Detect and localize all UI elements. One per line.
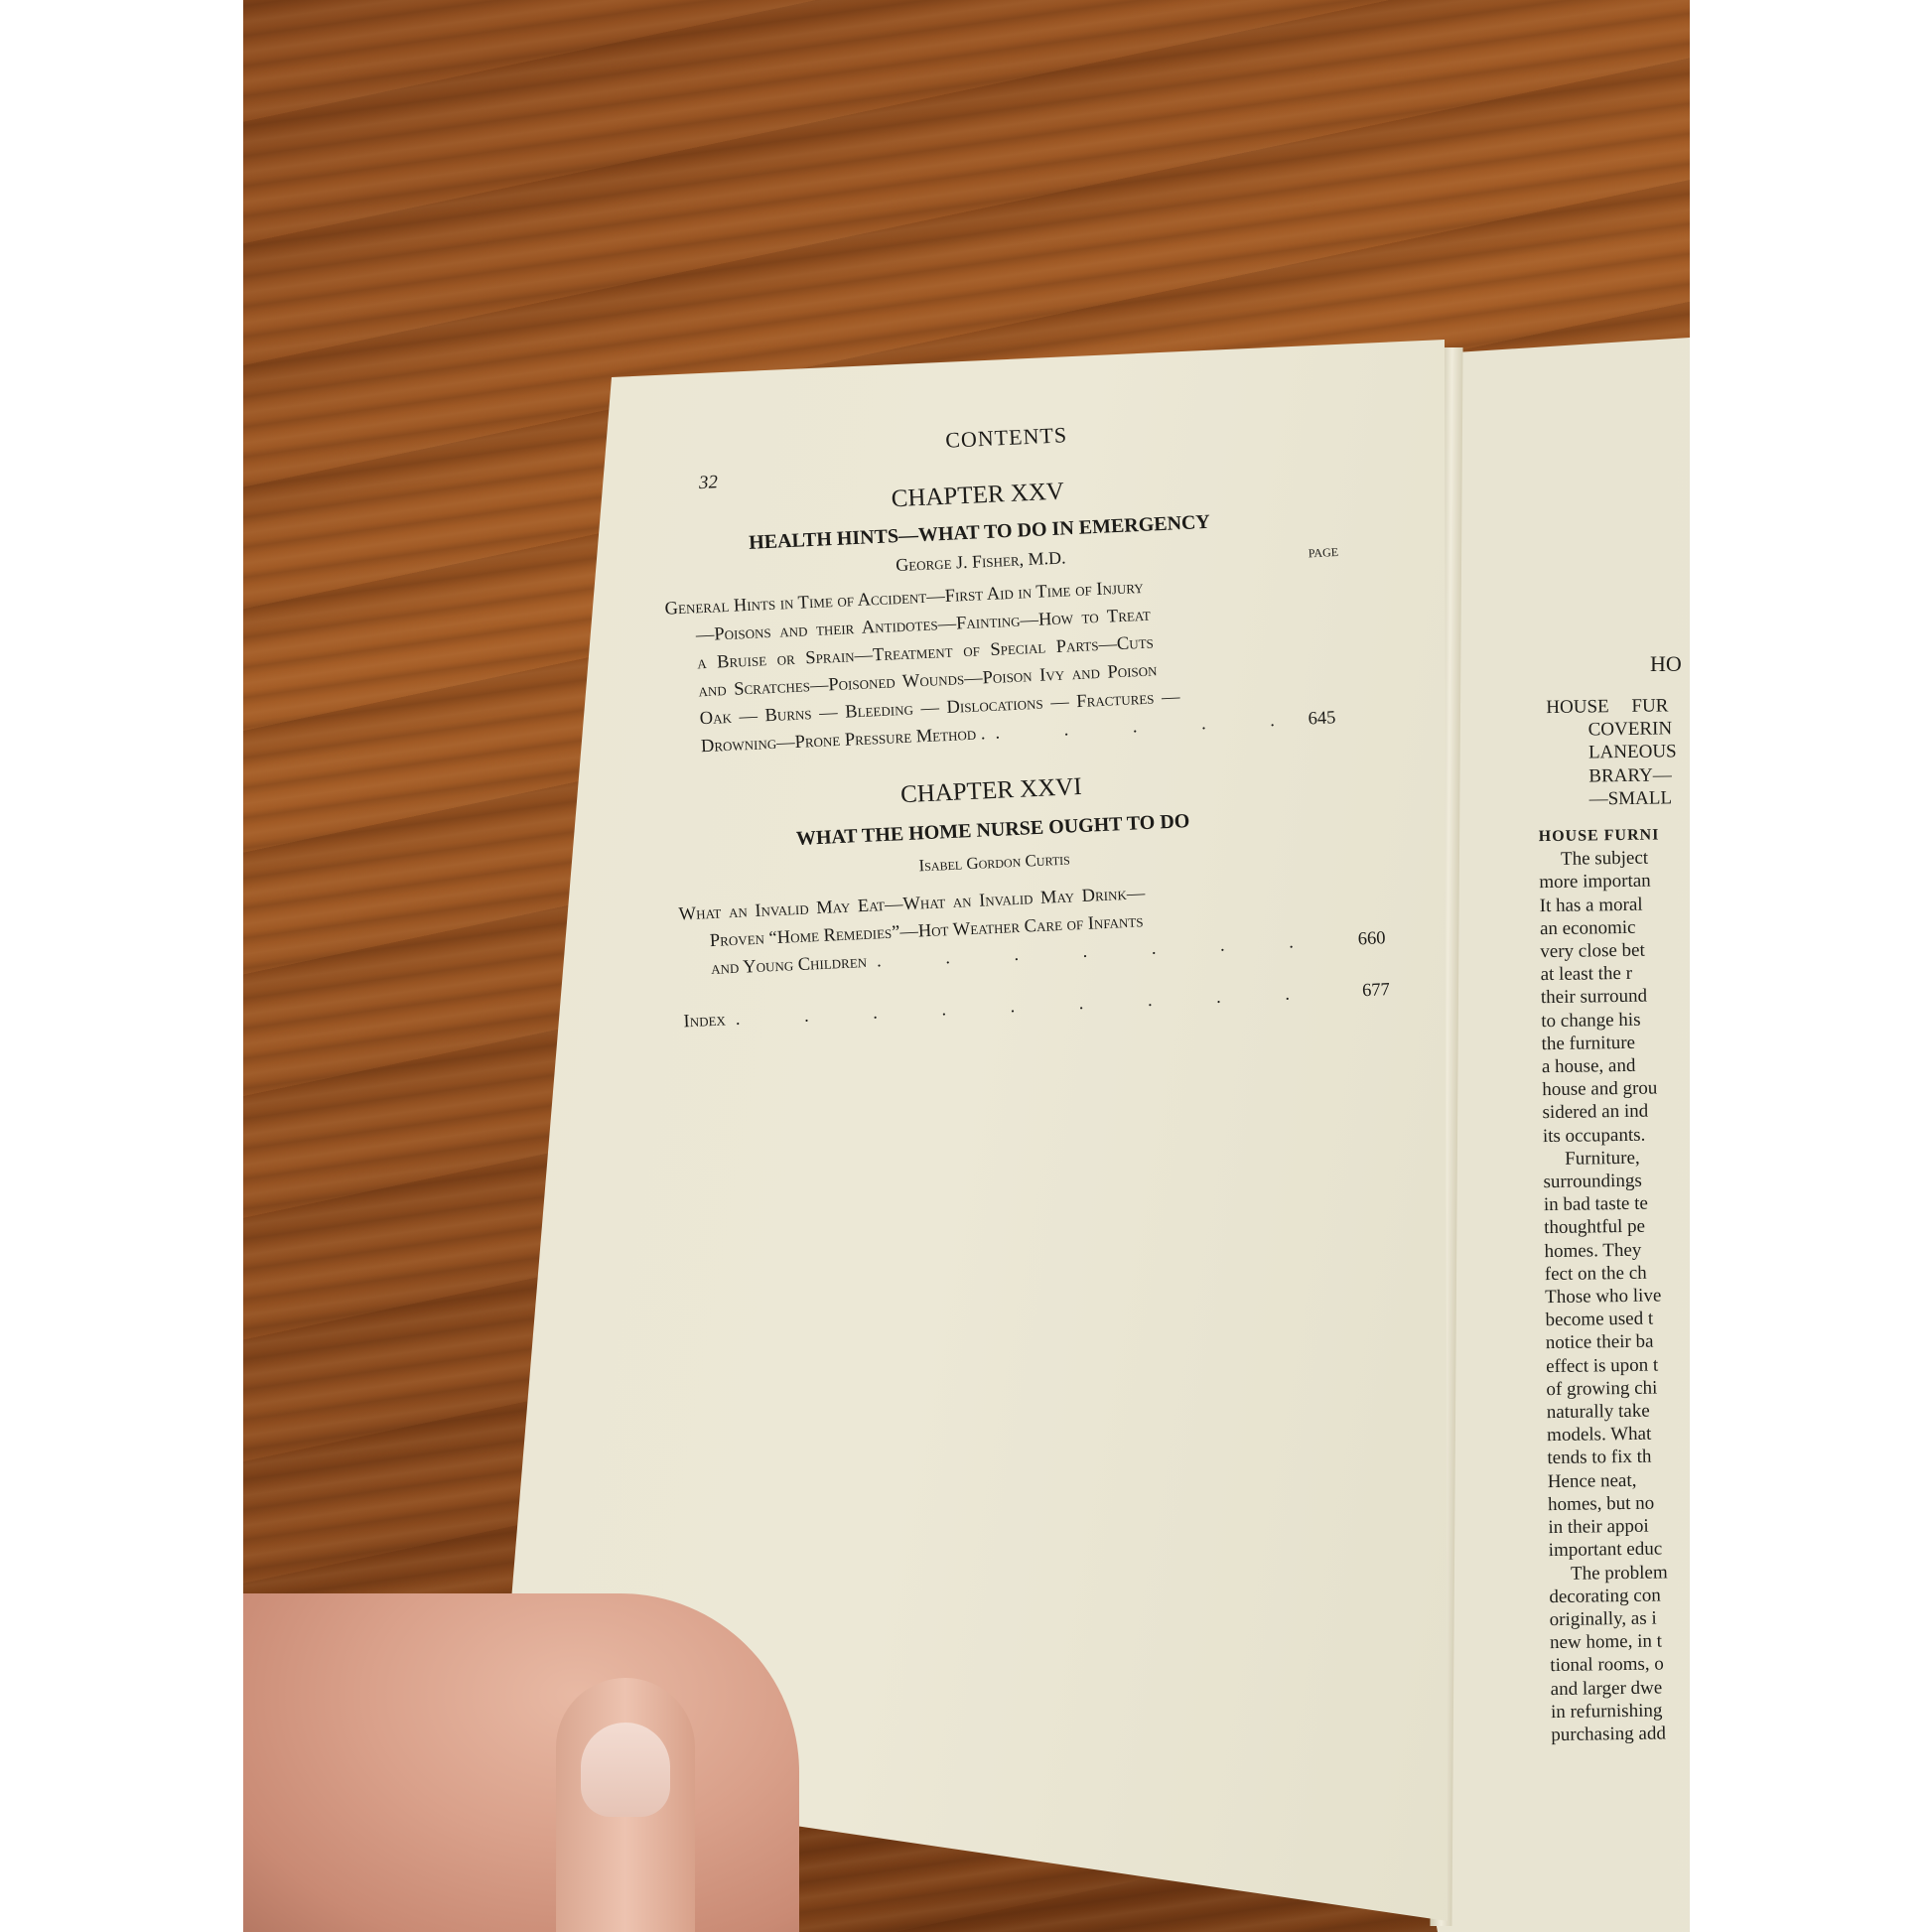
body-line: an economic — [1540, 915, 1699, 940]
body-line: in refurnishing — [1551, 1699, 1710, 1724]
summary-line: BRARY— — [1547, 762, 1706, 787]
right-running-head: HO — [1650, 651, 1682, 677]
body-line: in bad taste te — [1544, 1191, 1703, 1216]
section-heading: HOUSE FURNI — [1539, 823, 1698, 848]
index-label: Index — [683, 1010, 726, 1033]
toc-page-number: 660 — [1339, 928, 1386, 951]
body-line: tends to fix th — [1547, 1445, 1706, 1469]
body-line: originally, as i — [1550, 1606, 1709, 1631]
right-page-body: HOUSE FURNI The subject more importan It… — [1539, 823, 1711, 1746]
body-line: models. What — [1547, 1422, 1706, 1447]
index-page-number: 677 — [1344, 980, 1391, 1003]
body-line: notice their ba — [1546, 1329, 1705, 1354]
body-line: sidered an ind — [1542, 1099, 1701, 1124]
body-line: It has a moral — [1540, 893, 1699, 917]
body-line: homes, but no — [1548, 1491, 1707, 1516]
body-line: in their appoi — [1548, 1514, 1707, 1539]
body-line: effect is upon t — [1546, 1353, 1705, 1378]
body-line: tional rooms, o — [1550, 1652, 1709, 1677]
body-line: to change his — [1541, 1008, 1700, 1033]
summary-line: COVERIN — [1547, 717, 1706, 742]
body-line: purchasing add — [1551, 1722, 1710, 1746]
right-page-summary: HOUSE FUR COVERIN LANEOUS BRARY— —SMALL — [1546, 694, 1707, 811]
body-line: at least the r — [1540, 961, 1699, 986]
body-line: Hence neat, — [1548, 1468, 1707, 1493]
toc-page-number: 645 — [1290, 708, 1336, 731]
body-line: become used t — [1545, 1307, 1704, 1331]
page-number: 32 — [698, 472, 718, 494]
body-line: thoughtful pe — [1544, 1214, 1703, 1239]
body-line: Furniture, — [1543, 1146, 1702, 1171]
page-column-label: PAGE — [1308, 545, 1338, 561]
thumbnail — [581, 1723, 670, 1817]
body-line: fect on the ch — [1545, 1261, 1704, 1286]
body-line: surroundings — [1543, 1169, 1702, 1193]
body-line: decorating con — [1549, 1584, 1708, 1608]
body-line: more importan — [1539, 869, 1698, 894]
body-line: very close bet — [1540, 938, 1699, 963]
body-line: The problem — [1549, 1560, 1708, 1585]
body-line: homes. They — [1544, 1238, 1703, 1263]
summary-line: HOUSE FUR — [1546, 694, 1705, 719]
body-line: their surround — [1541, 984, 1700, 1009]
running-head: CONTENTS — [945, 422, 1068, 454]
body-line: house and grou — [1542, 1076, 1701, 1101]
summary-line: —SMALL — [1547, 786, 1706, 811]
body-line: and larger dwe — [1551, 1675, 1710, 1700]
body-line: of growing chi — [1546, 1376, 1705, 1401]
body-line: a house, and — [1542, 1053, 1701, 1078]
body-line: The subject — [1539, 846, 1698, 871]
summary-line: LANEOUS — [1547, 740, 1706, 764]
body-line: its occupants. — [1543, 1123, 1702, 1148]
body-line: new home, in t — [1550, 1629, 1709, 1654]
hand — [243, 1593, 799, 1932]
body-line: naturally take — [1547, 1399, 1706, 1424]
body-line: important educ — [1549, 1537, 1708, 1562]
body-line: Those who live — [1545, 1284, 1704, 1309]
body-line: the furniture — [1541, 1031, 1700, 1055]
